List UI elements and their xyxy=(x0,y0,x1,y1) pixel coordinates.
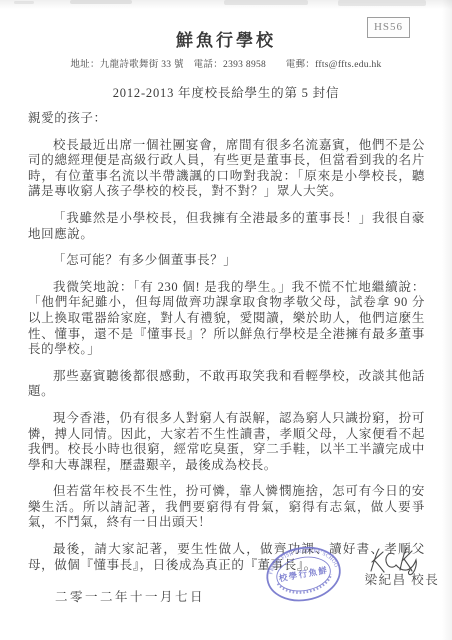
scan-smudge xyxy=(70,0,132,4)
principal-name-title: 梁紀昌 校長 xyxy=(352,570,452,588)
scanned-letter-page: { "document": { "ref_code": "HS56", "sch… xyxy=(0,0,452,640)
school-stamp: FRESH FISH TRADERS' SCHOOL 校學行魚鮮 xyxy=(260,540,347,614)
paragraph-7: 但若當年校長不生性，扮可憐，靠人憐憫施捨，怎可有今日的安樂生活。所以請記著，我們… xyxy=(28,484,425,531)
scan-smudge xyxy=(14,1,34,4)
paragraph-2: 「我雖然是小學校長，但我擁有全港最多的董事長！」我很自豪地回應說。 xyxy=(28,211,425,242)
paragraph-1: 校長最近出席一個社團宴會，席間有很多名流嘉賓，他們不是公司的總經理便是高級行政人… xyxy=(28,138,425,200)
scan-edge-shadow xyxy=(442,0,452,640)
letter-body: 親愛的孩子： 校長最近出席一個社團宴會，席間有很多名流嘉賓，他們不是公司的總經理… xyxy=(28,111,425,573)
paragraph-3: 「怎可能？有多少個董事長？」 xyxy=(28,253,425,269)
salutation: 親愛的孩子： xyxy=(28,111,425,127)
paragraph-5: 那些嘉賓聽後都很感動，不敢再取笑我和看輕學校，改談其他話題。 xyxy=(28,369,425,400)
paragraph-6: 現今香港，仍有很多人對窮人有誤解，認為窮人只識扮窮，扮可憐，搏人同情。因此，大家… xyxy=(28,411,425,473)
letter-subject: 2012-2013 年度校長給學生的第 5 封信 xyxy=(0,83,452,101)
scan-smudge xyxy=(338,0,426,6)
school-contact-line: 地址：九龍詩歌舞街 33 號 電話：2393 8958 電郵：ffts@ffts… xyxy=(0,56,452,70)
letter-date: 二零一二年十一月七日 xyxy=(55,587,205,605)
paragraph-4: 我微笑地說：「有 230 個! 是我的學生。」我不慌不忙地繼續說：「他們年紀雖小… xyxy=(28,280,425,358)
scan-smudge xyxy=(224,0,308,5)
reference-code-box: HS56 xyxy=(367,17,410,38)
stamp-center-text: 校學行魚鮮 xyxy=(277,565,329,584)
